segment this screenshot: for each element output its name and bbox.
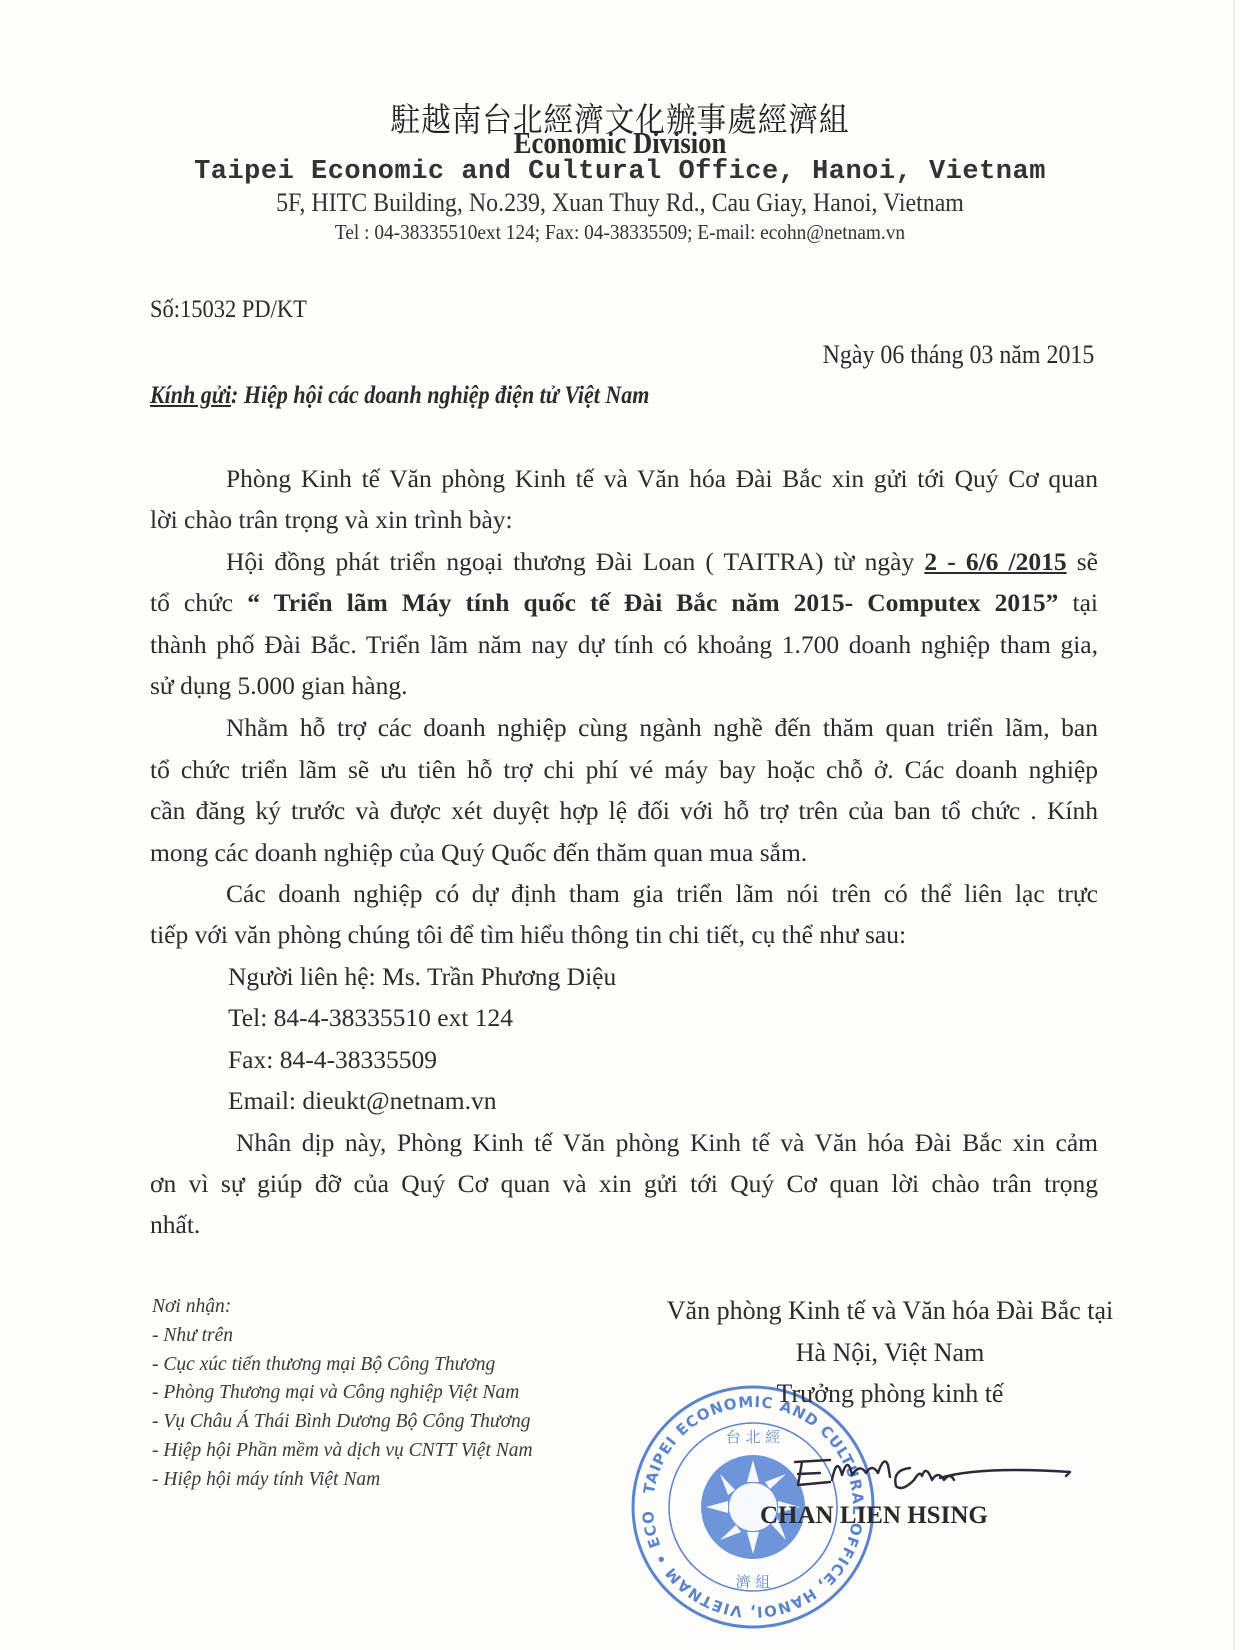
svg-text:濟 組: 濟 組 xyxy=(736,1573,771,1591)
event-name: “ Triển lãm Máy tính quốc tế Đài Bắc năm… xyxy=(247,588,1058,617)
signature-org-line2: Hà Nội, Việt Nam xyxy=(640,1338,1140,1368)
cc-item: - Phòng Thương mại và Công nghiệp Việt N… xyxy=(152,1382,519,1404)
cc-item: - Cục xúc tiến thương mại Bộ Công Thương xyxy=(152,1354,495,1376)
signature-org-line1: Văn phòng Kinh tế và Văn hóa Đài Bắc tại xyxy=(640,1296,1140,1326)
body-p2-line4: sử dụng 5.000 gian hàng. xyxy=(150,671,1098,701)
letterhead-office: Taipei Economic and Cultural Office, Han… xyxy=(0,157,1240,187)
recipient-line: Kính gửi: Hiệp hội các doanh nghiệp điện… xyxy=(150,382,649,410)
body-p2-line3: thành phố Đài Bắc. Triển lãm năm nay dự … xyxy=(150,630,1098,660)
scan-edge xyxy=(1233,0,1235,1650)
body-p5-line1: Nhân dịp này, Phòng Kinh tế Văn phòng Ki… xyxy=(236,1128,1098,1158)
body-p2-line2: tổ chức “ Triển lãm Máy tính quốc tế Đài… xyxy=(150,588,1098,618)
recipient-separator: : xyxy=(231,382,244,409)
cc-item: - Hiệp hội máy tính Việt Nam xyxy=(152,1469,380,1491)
text: Hội đồng phát triển ngoại thương Đài Loa… xyxy=(226,547,924,576)
contact-email: Email: dieukt@netnam.vn xyxy=(228,1086,497,1116)
text: tại xyxy=(1058,588,1098,617)
body-p3-line3: cần đăng ký trước và được xét duyệt hợp … xyxy=(150,796,1098,826)
body-p4-line1: Các doanh nghiệp có dự định tham gia tri… xyxy=(226,879,1098,909)
recipient-name: Hiệp hội các doanh nghiệp điện tử Việt N… xyxy=(244,382,650,409)
body-p5-line3: nhất. xyxy=(150,1210,1098,1240)
signer-name: CHAN LIEN HSING xyxy=(760,1502,988,1530)
signature-position: Trưởng phòng kinh tế xyxy=(640,1379,1140,1409)
body-p4-line2: tiếp với văn phòng chúng tôi để tìm hiểu… xyxy=(150,920,1098,950)
contact-fax: Fax: 84-4-38335509 xyxy=(228,1045,437,1075)
svg-text:台 北 經: 台 北 經 xyxy=(726,1428,781,1446)
event-dates: 2 - 6/6 /2015 xyxy=(924,547,1066,576)
body-p2-line1: Hội đồng phát triển ngoại thương Đài Loa… xyxy=(226,547,1098,577)
reference-number: Số:15032 PD/KT xyxy=(150,296,307,324)
body-p5-line2: ơn vì sự giúp đỡ của Quý Cơ quan và xin … xyxy=(150,1169,1098,1199)
letter-date: Ngày 06 tháng 03 năm 2015 xyxy=(822,340,1094,370)
body-p3-line1: Nhằm hỗ trợ các doanh nghiệp cùng ngành … xyxy=(226,713,1098,743)
contact-person: Người liên hệ: Ms. Trần Phương Diệu xyxy=(228,962,616,992)
body-p3-line4: mong các doanh nghiệp của Quý Quốc đến t… xyxy=(150,838,1098,868)
cc-item: - Hiệp hội Phần mềm và dịch vụ CNTT Việt… xyxy=(152,1440,533,1462)
text: sẽ xyxy=(1067,547,1098,576)
letterhead-division: Economic Division xyxy=(87,125,1153,161)
body-p1-line2: lời chào trân trọng và xin trình bày: xyxy=(150,505,1098,535)
text: tổ chức xyxy=(150,588,247,617)
body-p1-line1: Phòng Kinh tế Văn phòng Kinh tế và Văn h… xyxy=(226,464,1098,494)
body-p3-line2: tổ chức triển lãm sẽ ưu tiên hỗ trợ chi … xyxy=(150,755,1098,785)
contact-tel: Tel: 84-4-38335510 ext 124 xyxy=(228,1003,513,1033)
cc-item: - Như trên xyxy=(152,1325,233,1347)
cc-item: - Vụ Châu Á Thái Bình Dương Bộ Công Thươ… xyxy=(152,1411,530,1433)
handwritten-signature xyxy=(790,1440,1080,1500)
recipient-label: Kính gửi xyxy=(150,382,231,409)
cc-title: Nơi nhận: xyxy=(152,1296,231,1318)
letterhead-contact: Tel : 04-38335510ext 124; Fax: 04-383355… xyxy=(50,220,1191,245)
letterhead-address: 5F, HITC Building, No.239, Xuan Thuy Rd.… xyxy=(50,188,1191,218)
